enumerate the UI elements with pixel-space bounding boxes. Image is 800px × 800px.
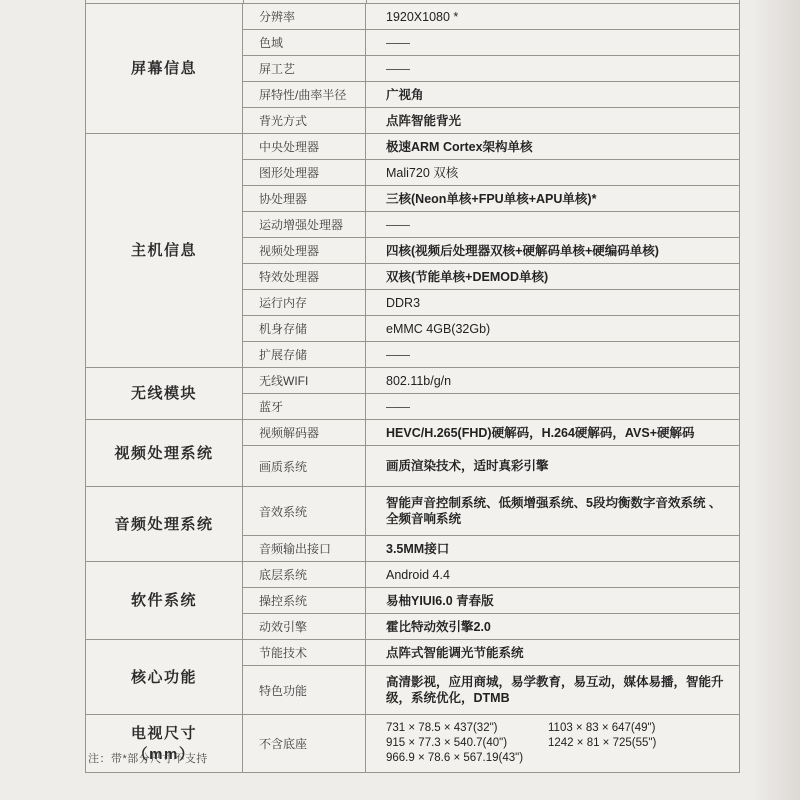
spec-label: 机身存储	[243, 316, 366, 341]
section-rows: 节能技术点阵式智能调光节能系统特色功能高清影视，应用商城，易学教育，易互动，媒体…	[243, 640, 739, 714]
spec-row: 不含底座731 × 78.5 × 437(32")915 × 77.3 × 54…	[243, 715, 739, 772]
spec-row: 运动增强处理器——	[243, 211, 739, 237]
spec-label: 屏工艺	[243, 56, 366, 81]
spec-value: 802.11b/g/n	[366, 368, 739, 393]
spec-value: 画质渲染技术，适时真彩引擎	[366, 446, 739, 486]
spec-value: 三核(Neon单核+FPU单核+APU单核)*	[366, 186, 739, 211]
spec-label: 节能技术	[243, 640, 366, 665]
spec-row: 操控系统易柚YIUI6.0 青春版	[243, 587, 739, 613]
spec-value: 霍比特动效引擎2.0	[366, 614, 739, 639]
spec-value: ——	[366, 56, 739, 81]
spec-value: ——	[366, 30, 739, 55]
spec-row: 屏工艺——	[243, 55, 739, 81]
section-rows: 无线WIFI802.11b/g/n蓝牙——	[243, 368, 739, 419]
spec-section: 无线模块无线WIFI802.11b/g/n蓝牙——	[86, 367, 739, 419]
spec-section: 屏幕信息分辨率1920X1080 *色域——屏工艺——屏特性/曲率半径广视角背光…	[86, 4, 739, 133]
spec-value: ——	[366, 394, 739, 419]
dimension-group: 731 × 78.5 × 437(32")915 × 77.3 × 540.7(…	[386, 721, 548, 766]
spec-row: 中央处理器极速ARM Cortex架构单核	[243, 134, 739, 159]
spec-label: 蓝牙	[243, 394, 366, 419]
spec-row: 画质系统画质渲染技术，适时真彩引擎	[243, 445, 739, 486]
spec-label: 运动增强处理器	[243, 212, 366, 237]
spec-label: 底层系统	[243, 562, 366, 587]
spec-value: 1920X1080 *	[366, 4, 739, 29]
spec-label: 操控系统	[243, 588, 366, 613]
spec-label: 动效引擎	[243, 614, 366, 639]
section-rows: 音效系统智能声音控制系统、低频增强系统、5段均衡数字音效系统 、全频音响系统音频…	[243, 487, 739, 561]
spec-row: 底层系统Android 4.4	[243, 562, 739, 587]
spec-value: ——	[366, 342, 739, 367]
spec-value: 点阵智能背光	[366, 108, 739, 133]
spec-value: 3.5MM接口	[366, 536, 739, 561]
spec-label: 特色功能	[243, 666, 366, 714]
spec-row: 屏特性/曲率半径广视角	[243, 81, 739, 107]
spec-row: 机身存储eMMC 4GB(32Gb)	[243, 315, 739, 341]
spec-section: 音频处理系统音效系统智能声音控制系统、低频增强系统、5段均衡数字音效系统 、全频…	[86, 486, 739, 561]
spec-label: 不含底座	[243, 715, 366, 772]
spec-value: 智能声音控制系统、低频增强系统、5段均衡数字音效系统 、全频音响系统	[366, 487, 739, 535]
spec-label: 扩展存储	[243, 342, 366, 367]
spec-label: 屏特性/曲率半径	[243, 82, 366, 107]
spec-label: 中央处理器	[243, 134, 366, 159]
scan-edge-shadow	[752, 0, 800, 800]
section-rows: 中央处理器极速ARM Cortex架构单核图形处理器Mali720 双核协处理器…	[243, 134, 739, 367]
spec-row: 无线WIFI802.11b/g/n	[243, 368, 739, 393]
dimension-line: 1103 × 83 × 647(49")	[548, 721, 710, 736]
spec-value: Android 4.4	[366, 562, 739, 587]
spec-row: 蓝牙——	[243, 393, 739, 419]
spec-label: 协处理器	[243, 186, 366, 211]
spec-value: 731 × 78.5 × 437(32")915 × 77.3 × 540.7(…	[366, 715, 739, 772]
category-cell: 主机信息	[86, 134, 243, 367]
spec-section: 主机信息中央处理器极速ARM Cortex架构单核图形处理器Mali720 双核…	[86, 133, 739, 367]
section-rows: 底层系统Android 4.4操控系统易柚YIUI6.0 青春版动效引擎霍比特动…	[243, 562, 739, 639]
spec-row: 音频输出接口3.5MM接口	[243, 535, 739, 561]
spec-row: 背光方式点阵智能背光	[243, 107, 739, 133]
category-cell: 无线模块	[86, 368, 243, 419]
spec-row: 运行内存DDR3	[243, 289, 739, 315]
spec-row: 节能技术点阵式智能调光节能系统	[243, 640, 739, 665]
spec-row: 图形处理器Mali720 双核	[243, 159, 739, 185]
spec-label: 音效系统	[243, 487, 366, 535]
spec-label: 画质系统	[243, 446, 366, 486]
spec-label: 音频输出接口	[243, 536, 366, 561]
dimension-line: 731 × 78.5 × 437(32")	[386, 721, 548, 736]
spec-value: 易柚YIUI6.0 青春版	[366, 588, 739, 613]
spec-value: 广视角	[366, 82, 739, 107]
spec-value: DDR3	[366, 290, 739, 315]
category-cell: 软件系统	[86, 562, 243, 639]
spec-value: 双核(节能单核+DEMOD单核)	[366, 264, 739, 289]
spec-row: 动效引擎霍比特动效引擎2.0	[243, 613, 739, 639]
category-cell: 屏幕信息	[86, 4, 243, 133]
spec-row: 特效处理器双核(节能单核+DEMOD单核)	[243, 263, 739, 289]
section-rows: 不含底座731 × 78.5 × 437(32")915 × 77.3 × 54…	[243, 715, 739, 772]
category-cell: 视频处理系统	[86, 420, 243, 486]
footnote: 注：带*部分尺寸不支持	[88, 750, 208, 766]
spec-row: 协处理器三核(Neon单核+FPU单核+APU单核)*	[243, 185, 739, 211]
spec-value: ——	[366, 212, 739, 237]
spec-section: 软件系统底层系统Android 4.4操控系统易柚YIUI6.0 青春版动效引擎…	[86, 561, 739, 639]
spec-value: 极速ARM Cortex架构单核	[366, 134, 739, 159]
spec-value: 四核(视频后处理器双核+硬解码单核+硬编码单核)	[366, 238, 739, 263]
spec-row: 色域——	[243, 29, 739, 55]
tv-spec-table: 屏幕信息分辨率1920X1080 *色域——屏工艺——屏特性/曲率半径广视角背光…	[85, 3, 740, 773]
category-cell: 音频处理系统	[86, 487, 243, 561]
spec-row: 扩展存储——	[243, 341, 739, 367]
section-rows: 视频解码器HEVC/H.265(FHD)硬解码，H.264硬解码，AVS+硬解码…	[243, 420, 739, 486]
spec-section: 视频处理系统视频解码器HEVC/H.265(FHD)硬解码，H.264硬解码，A…	[86, 419, 739, 486]
spec-value: 高清影视，应用商城，易学教育，易互动，媒体易播，智能升级，系统优化，DTMB	[366, 666, 739, 714]
spec-label: 图形处理器	[243, 160, 366, 185]
spec-row: 音效系统智能声音控制系统、低频增强系统、5段均衡数字音效系统 、全频音响系统	[243, 487, 739, 535]
dimension-line: 915 × 77.3 × 540.7(40")	[386, 736, 548, 751]
section-rows: 分辨率1920X1080 *色域——屏工艺——屏特性/曲率半径广视角背光方式点阵…	[243, 4, 739, 133]
spec-label: 特效处理器	[243, 264, 366, 289]
spec-value: Mali720 双核	[366, 160, 739, 185]
spec-row: 视频处理器四核(视频后处理器双核+硬解码单核+硬编码单核)	[243, 237, 739, 263]
spec-row: 视频解码器HEVC/H.265(FHD)硬解码，H.264硬解码，AVS+硬解码	[243, 420, 739, 445]
spec-label: 视频解码器	[243, 420, 366, 445]
spec-label: 背光方式	[243, 108, 366, 133]
spec-label: 色域	[243, 30, 366, 55]
dimension-line: 966.9 × 78.6 × 567.19(43")	[386, 751, 548, 766]
spec-label: 运行内存	[243, 290, 366, 315]
spec-label: 无线WIFI	[243, 368, 366, 393]
spec-label: 分辨率	[243, 4, 366, 29]
spec-row: 特色功能高清影视，应用商城，易学教育，易互动，媒体易播，智能升级，系统优化，DT…	[243, 665, 739, 714]
category-cell: 核心功能	[86, 640, 243, 714]
spec-value: eMMC 4GB(32Gb)	[366, 316, 739, 341]
dimension-line: 1242 × 81 × 725(55")	[548, 736, 710, 751]
spec-row: 分辨率1920X1080 *	[243, 4, 739, 29]
dimension-group: 1103 × 83 × 647(49")1242 × 81 × 725(55")	[548, 721, 710, 751]
spec-section: 核心功能节能技术点阵式智能调光节能系统特色功能高清影视，应用商城，易学教育，易互…	[86, 639, 739, 714]
spec-value: HEVC/H.265(FHD)硬解码，H.264硬解码，AVS+硬解码	[366, 420, 739, 445]
spec-label: 视频处理器	[243, 238, 366, 263]
spec-value: 点阵式智能调光节能系统	[366, 640, 739, 665]
